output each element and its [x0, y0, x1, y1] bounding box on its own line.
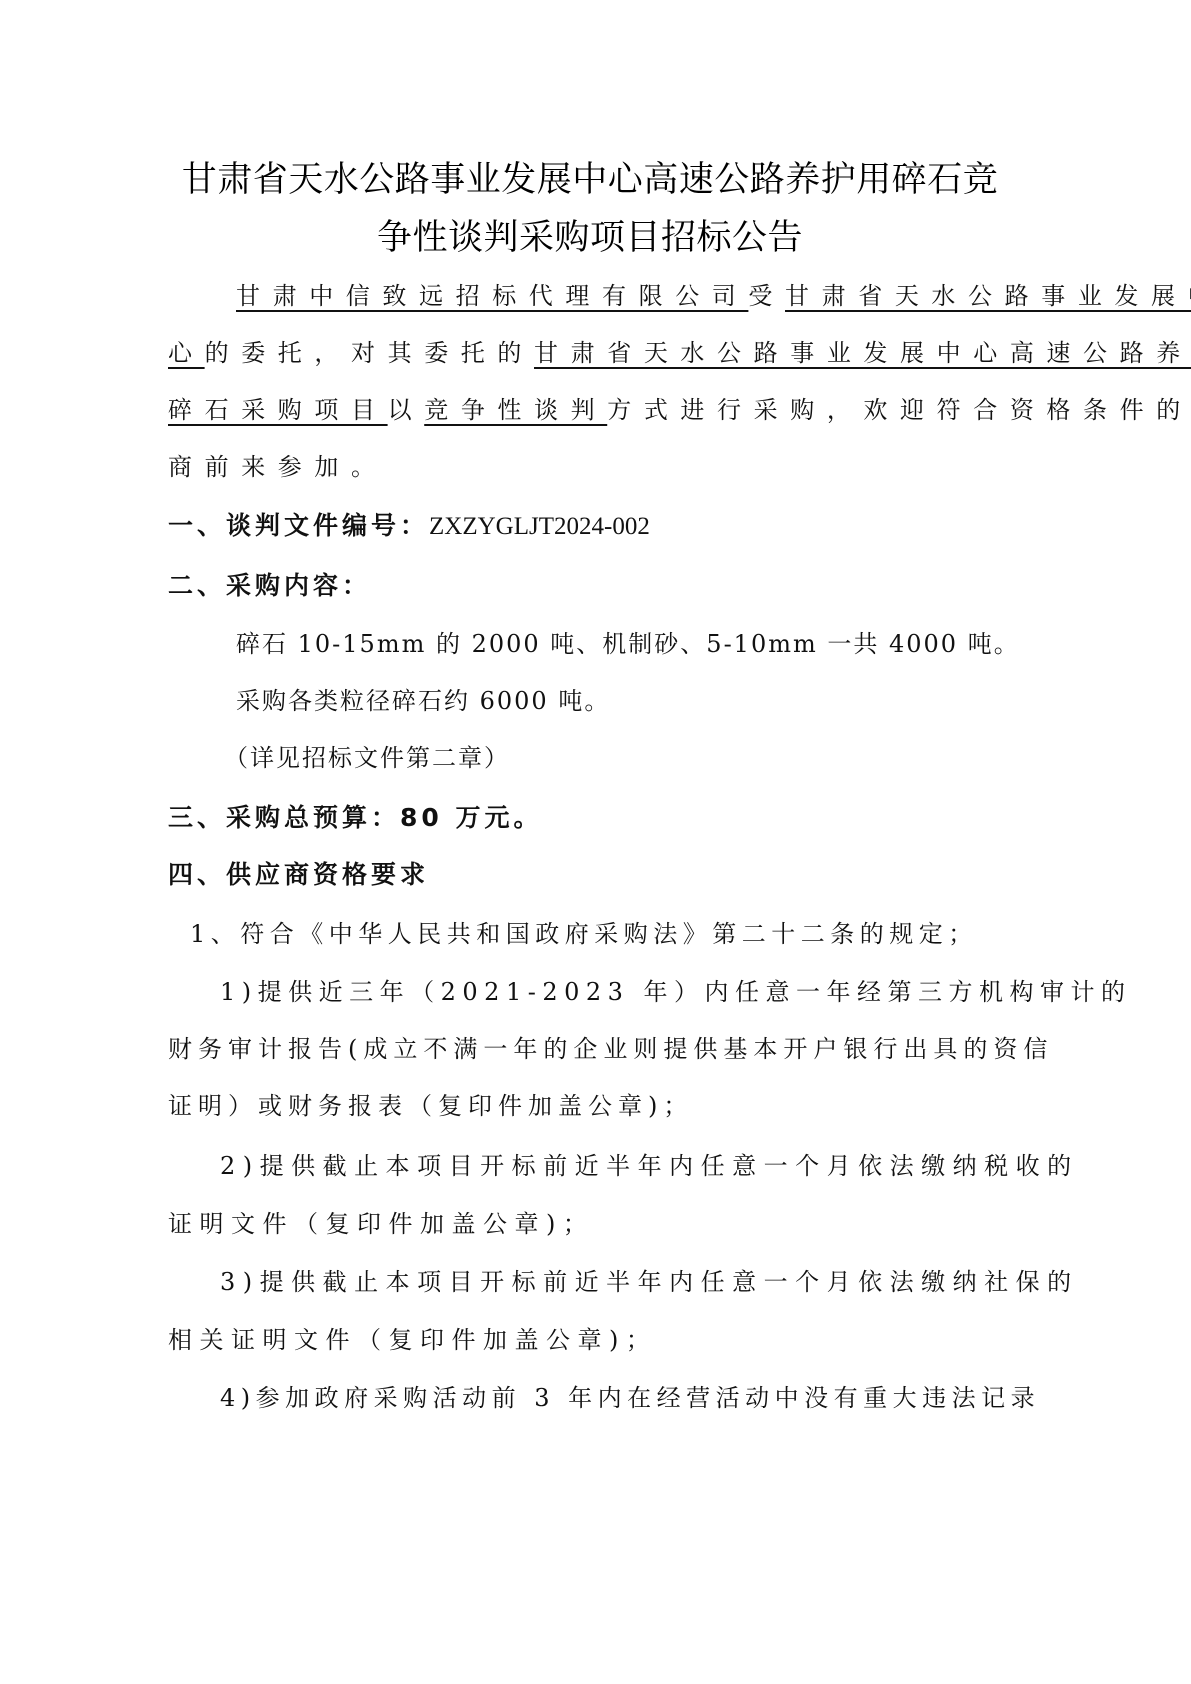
- requirement-1-sub-1-line-1: 1)提供近三年（2021-2023 年）内任意一年经第三方机构审计的: [168, 974, 1064, 1010]
- section-1-label: 一、谈判文件编号：: [168, 511, 429, 540]
- intro-text: 受: [748, 282, 785, 310]
- intro-line-4: 商前来参加。: [168, 449, 1012, 485]
- client-name-part-1: 甘肃省天水公路事业发展中: [785, 282, 1191, 310]
- procurement-method: 竞争性谈判: [424, 396, 607, 424]
- procurement-item-1: 碎石 10-15mm 的 2000 吨、机制砂、5-10mm 一共 4000 吨…: [168, 626, 1080, 662]
- section-4-heading: 四、供应商资格要求: [168, 857, 1012, 893]
- section-1-heading: 一、谈判文件编号：ZXZYGLJT2024-002: [168, 508, 1012, 545]
- section-2-heading: 二、采购内容：: [168, 568, 1012, 604]
- requirement-1-sub-1-line-3: 证明）或财务报表（复印件加盖公章)；: [168, 1088, 1012, 1124]
- section-4-label: 四、供应商资格要求: [168, 860, 429, 889]
- requirement-1-sub-4-line-1: 4)参加政府采购活动前 3 年内在经营活动中没有重大违法记录: [168, 1380, 1064, 1416]
- project-name-part-2: 碎石采购项目: [168, 396, 388, 424]
- project-name-part-1: 甘肃省天水公路事业发展中心高速公路养护用: [534, 339, 1191, 367]
- document-number: ZXZYGLJT2024-002: [429, 513, 650, 540]
- intro-text: 以: [388, 396, 425, 424]
- intro-line-2: 心的委托，对其委托的甘肃省天水公路事业发展中心高速公路养护用: [168, 335, 1012, 371]
- requirement-1-sub-1-line-2: 财务审计报告(成立不满一年的企业则提供基本开户银行出具的资信: [168, 1031, 1012, 1067]
- requirement-1-sub-2-line-1: 2)提供截止本项目开标前近半年内任意一个月依法缴纳税收的: [168, 1148, 1064, 1184]
- section-3-label: 三、采购总预算：80 万元。: [168, 803, 543, 832]
- document-title-line-1: 甘肃省天水公路事业发展中心高速公路养护用碎石竞: [168, 160, 1012, 200]
- document-page: 甘肃省天水公路事业发展中心高速公路养护用碎石竞 争性谈判采购项目招标公告 甘肃中…: [0, 0, 1191, 1684]
- agency-name: 甘肃中信致远招标代理有限公司: [236, 282, 748, 310]
- requirement-1-sub-3-line-2: 相关证明文件（复印件加盖公章)；: [168, 1322, 1012, 1358]
- intro-line-3: 碎石采购项目以竞争性谈判方式进行采购，欢迎符合资格条件的供应: [168, 392, 1012, 428]
- procurement-item-2: 采购各类粒径碎石约 6000 吨。: [168, 683, 1080, 719]
- intro-text: 方式进行采购，欢迎符合资格条件的供应: [607, 396, 1191, 424]
- requirement-1-sub-2-line-2: 证明文件（复印件加盖公章)；: [168, 1206, 1012, 1242]
- section-2-label: 二、采购内容：: [168, 571, 371, 600]
- client-name-part-2: 心: [168, 339, 205, 367]
- intro-line-1: 甘肃中信致远招标代理有限公司受甘肃省天水公路事业发展中: [168, 278, 1080, 314]
- procurement-item-note: （详见招标文件第二章）: [168, 740, 1068, 776]
- section-3-heading: 三、采购总预算：80 万元。: [168, 800, 1012, 836]
- intro-text: 的委托，对其委托的: [205, 339, 534, 367]
- document-title-line-2: 争性谈判采购项目招标公告: [168, 218, 1012, 258]
- requirement-1-sub-3-line-1: 3)提供截止本项目开标前近半年内任意一个月依法缴纳社保的: [168, 1264, 1064, 1300]
- requirement-1: 1、符合《中华人民共和国政府采购法》第二十二条的规定；: [168, 916, 1034, 952]
